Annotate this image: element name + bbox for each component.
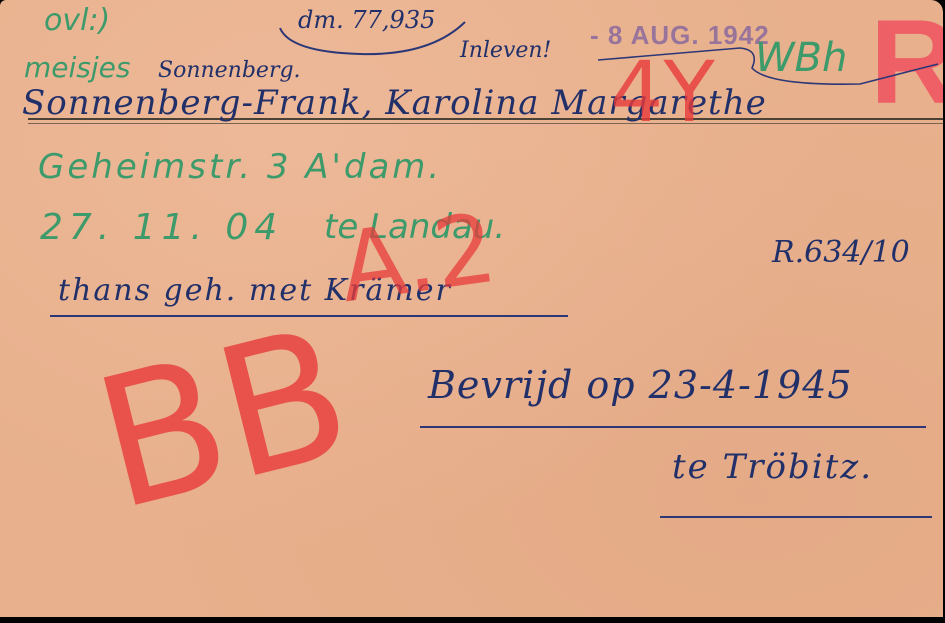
registry-initials: WBh: [755, 38, 847, 78]
big-r-stamp: R: [870, 2, 943, 122]
birth-date: 27. 11. 04: [40, 210, 283, 246]
number-note: dm. 77,935: [298, 8, 435, 32]
red-initials-mark: BB: [82, 303, 365, 537]
maiden-name-correction: Sonnenberg.: [158, 60, 301, 82]
liberation-text: Bevrijd op 23-4-1945: [428, 366, 853, 404]
red-number-mark: 4Y: [610, 50, 715, 134]
red-category-mark: A.2: [334, 200, 501, 317]
ovl-note: ovl:): [44, 6, 110, 36]
file-reference: R.634/10: [772, 238, 910, 268]
printed-rule-bottom: [28, 123, 943, 124]
index-card: ovl:) dm. 77,935 - 8 AUG. 1942 Inleven! …: [0, 0, 943, 617]
prefix-note: meisjes: [24, 54, 130, 82]
address: Geheimstr. 3 A'dam.: [38, 150, 442, 184]
inleven-note: Inleven!: [460, 40, 551, 62]
liberation-underline: [420, 426, 926, 428]
liberation-place-underline: [660, 516, 932, 518]
liberation-place: te Tröbitz.: [672, 450, 873, 484]
